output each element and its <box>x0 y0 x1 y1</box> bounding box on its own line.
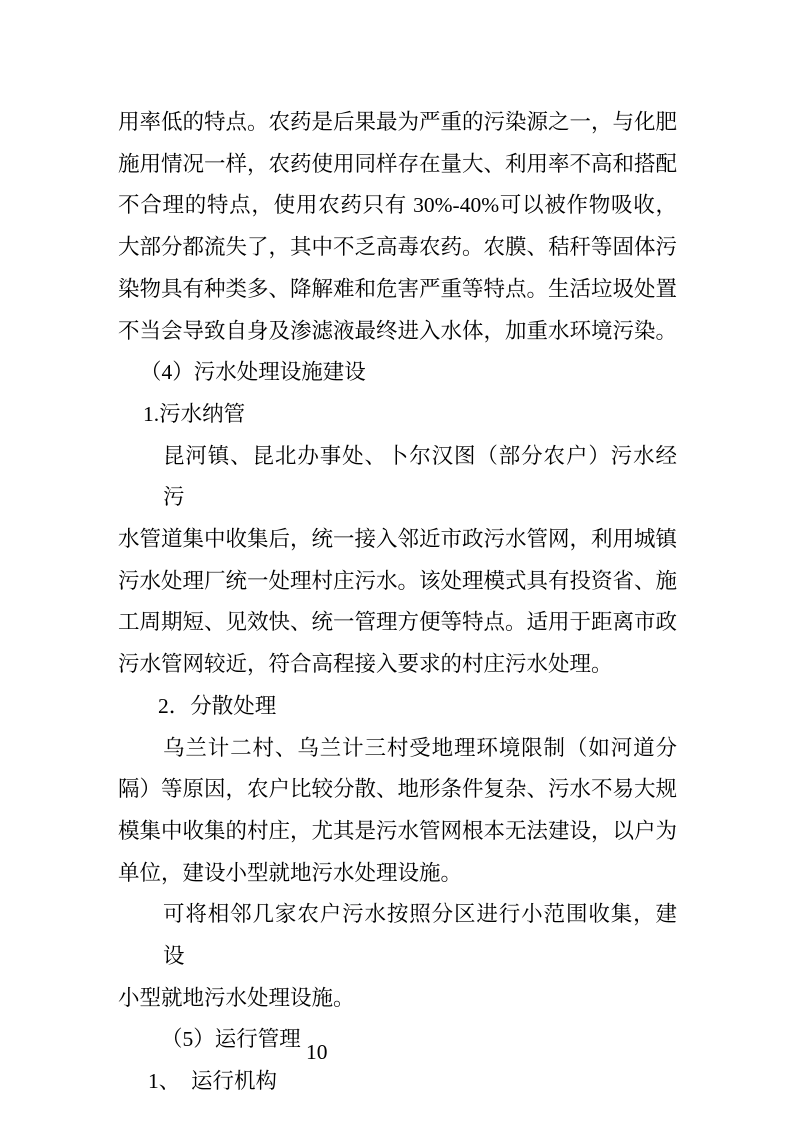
text-line: 小型就地污水处理设施。 <box>118 978 677 1020</box>
heading-sewage-treatment-facility: （4）污水处理设施建设 <box>118 352 677 394</box>
heading-operation-management: （5）运行管理 <box>118 1019 677 1061</box>
text-line: 不当会导致自身及渗滤液最终进入水体，加重水环境污染。 <box>118 311 677 353</box>
text-line: 用率低的特点。农药是后果最为严重的污染源之一，与化肥 <box>118 102 677 144</box>
text-line: 可将相邻几家农户污水按照分区进行小范围收集，建设 <box>118 894 677 977</box>
text-line: 乌兰计二村、乌兰计三村受地理环境限制（如河道分 <box>118 728 677 770</box>
para-pipe-collection: 昆河镇、昆北办事处、卜尔汉图（部分农户）污水经污水管道集中收集后，统一接入邻近市… <box>118 436 677 686</box>
text-line: 单位，建设小型就地污水处理设施。 <box>118 853 677 895</box>
heading-operation-organization: 1、 运行机构 <box>118 1061 677 1103</box>
heading-sewage-pipe-connection: 1.污水纳管 <box>118 394 677 436</box>
heading-dispersed-treatment: 2．分散处理 <box>118 686 677 728</box>
text-line: 大部分都流失了，其中不乏高毒农药。农膜、秸秆等固体污 <box>118 227 677 269</box>
text-line: 工周期短、见效快、统一管理方便等特点。适用于距离市政 <box>118 602 677 644</box>
text-line: 1、 运行机构 <box>118 1061 677 1103</box>
para-pesticide-pollution: 用率低的特点。农药是后果最为严重的污染源之一，与化肥施用情况一样，农药使用同样存… <box>118 102 677 352</box>
text-line: 污水管网较近，符合高程接入要求的村庄污水处理。 <box>118 644 677 686</box>
para-neighbor-collection: 可将相邻几家农户污水按照分区进行小范围收集，建设小型就地污水处理设施。 <box>118 894 677 1019</box>
text-line: 隔）等原因，农户比较分散、地形条件复杂、污水不易大规 <box>118 769 677 811</box>
document-page: 用率低的特点。农药是后果最为严重的污染源之一，与化肥施用情况一样，农药使用同样存… <box>0 0 793 1122</box>
text-line: 污水处理厂统一处理村庄污水。该处理模式具有投资省、施 <box>118 561 677 603</box>
text-line: 1.污水纳管 <box>118 394 677 436</box>
text-line: 施用情况一样，农药使用同样存在量大、利用率不高和搭配 <box>118 144 677 186</box>
page-number: 10 <box>306 1040 328 1064</box>
text-line: 水管道集中收集后，统一接入邻近市政污水管网，利用城镇 <box>118 519 677 561</box>
text-line: （4）污水处理设施建设 <box>118 352 677 394</box>
text-line: 不合理的特点，使用农药只有 30%-40%可以被作物吸收， <box>118 185 677 227</box>
body-text: 用率低的特点。农药是后果最为严重的污染源之一，与化肥施用情况一样，农药使用同样存… <box>118 102 677 1103</box>
text-line: （5）运行管理 <box>118 1019 677 1061</box>
para-dispersed-villages: 乌兰计二村、乌兰计三村受地理环境限制（如河道分隔）等原因，农户比较分散、地形条件… <box>118 728 677 895</box>
text-line: 昆河镇、昆北办事处、卜尔汉图（部分农户）污水经污 <box>118 436 677 519</box>
text-line: 2．分散处理 <box>118 686 677 728</box>
text-line: 模集中收集的村庄，尤其是污水管网根本无法建设，以户为 <box>118 811 677 853</box>
text-line: 染物具有种类多、降解难和危害严重等特点。生活垃圾处置 <box>118 269 677 311</box>
